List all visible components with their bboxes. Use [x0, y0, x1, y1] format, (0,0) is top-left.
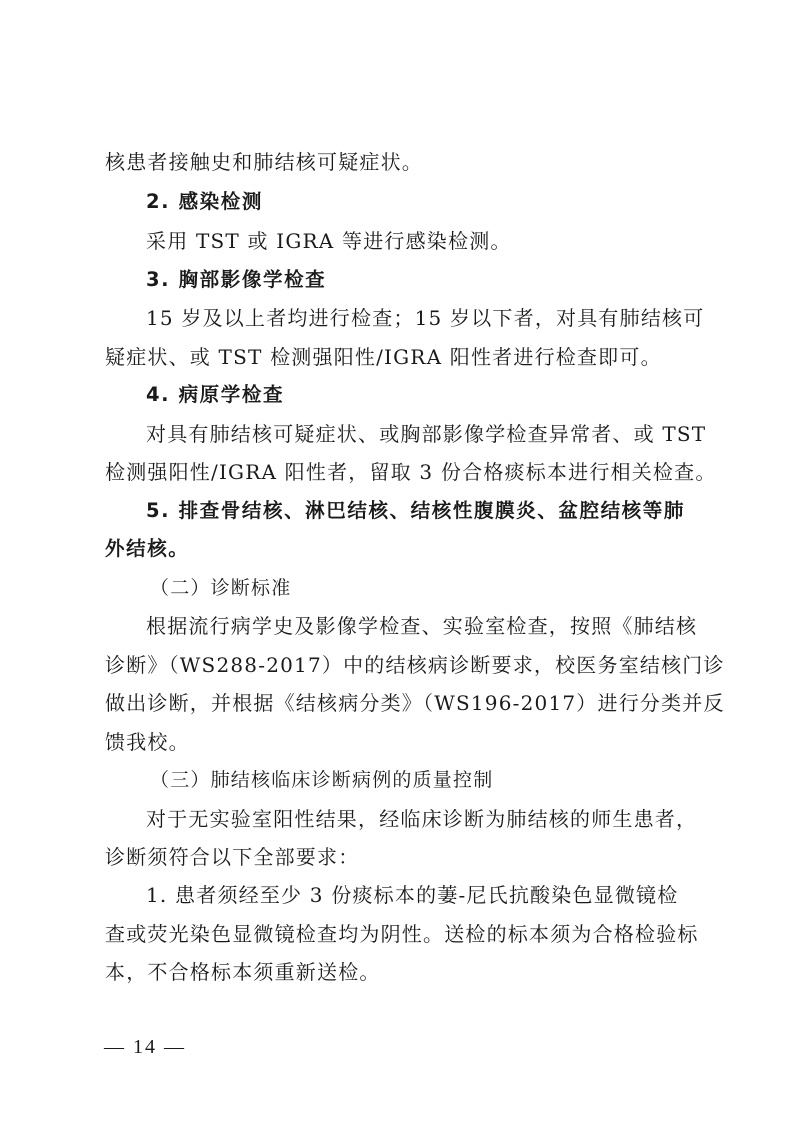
- paragraph-diagnosis-2: 诊断》（WS288-2017）中的结核病诊断要求，校医务室结核门诊: [105, 653, 695, 677]
- heading-infection-test: 2. 感染检测: [146, 190, 736, 214]
- paragraph-etiology-2: 检测强阳性/IGRA 阳性者，留取 3 份合格痰标本进行相关检查。: [105, 460, 695, 484]
- paragraph-quality-1: 对于无实验室阳性结果，经临床诊断为肺结核的师生患者，: [146, 807, 736, 831]
- section-diagnosis-criteria: （二）诊断标准: [150, 576, 740, 600]
- section-quality-control: （三）肺结核临床诊断病例的质量控制: [150, 768, 740, 792]
- paragraph-diagnosis-1: 根据流行病学史及影像学检查、实验室检查，按照《肺结核: [146, 614, 736, 638]
- paragraph-infection-test: 采用 TST 或 IGRA 等进行感染检测。: [146, 229, 736, 253]
- heading-extrapulmonary-2: 外结核。: [105, 537, 695, 561]
- paragraph-chest-imaging-1: 15 岁及以上者均进行检查；15 岁以下者，对具有肺结核可: [146, 306, 736, 330]
- document-page: 核患者接触史和肺结核可疑症状。 2. 感染检测 采用 TST 或 IGRA 等进…: [0, 0, 793, 1122]
- paragraph-diagnosis-3: 做出诊断，并根据《结核病分类》（WS196-2017）进行分类并反: [105, 691, 695, 715]
- paragraph-etiology-1: 对具有肺结核可疑症状、或胸部影像学检查异常者、或 TST: [146, 422, 736, 446]
- paragraph-requirement-1a: 1. 患者须经至少 3 份痰标本的萋-尼氏抗酸染色显微镜检: [146, 883, 736, 907]
- paragraph-chest-imaging-2: 疑症状、或 TST 检测强阳性/IGRA 阳性者进行检查即可。: [105, 345, 695, 369]
- paragraph-requirement-1b: 查或荧光染色显微镜检查均为阴性。送检的标本须为合格检验标: [105, 922, 695, 946]
- paragraph-diagnosis-4: 馈我校。: [105, 730, 695, 754]
- heading-chest-imaging: 3. 胸部影像学检查: [146, 268, 736, 292]
- page-number: — 14 —: [104, 1036, 186, 1059]
- paragraph-requirement-1c: 本，不合格标本须重新送检。: [105, 960, 695, 984]
- paragraph-quality-2: 诊断须符合以下全部要求：: [105, 845, 695, 869]
- heading-etiology-test: 4. 病原学检查: [146, 383, 736, 407]
- heading-extrapulmonary-1: 5. 排查骨结核、淋巴结核、结核性腹膜炎、盆腔结核等肺: [146, 499, 736, 523]
- paragraph-continuation: 核患者接触史和肺结核可疑症状。: [105, 150, 695, 174]
